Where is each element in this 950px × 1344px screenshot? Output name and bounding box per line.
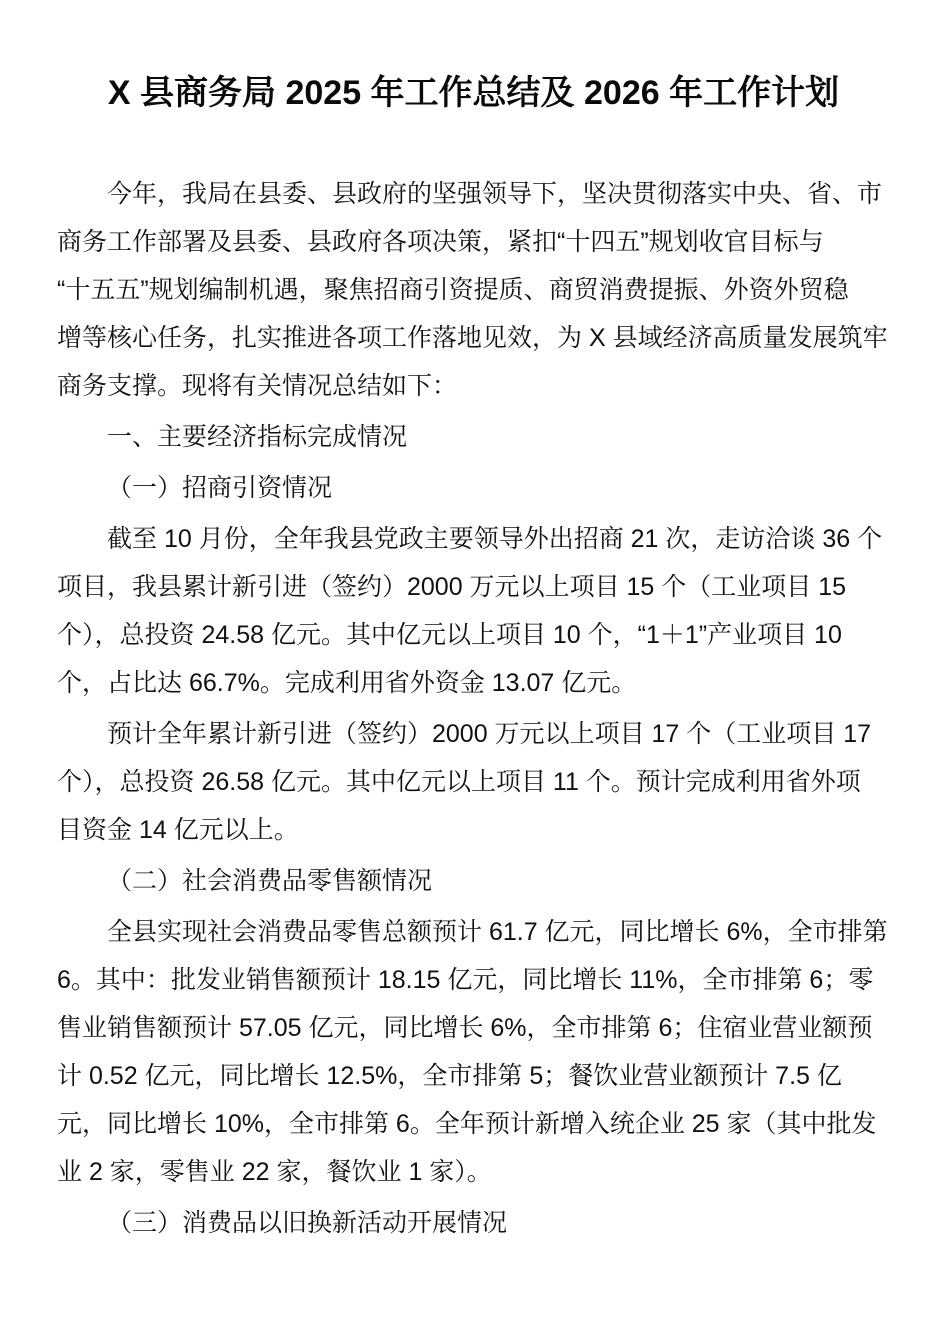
paragraph-line: 业 2 家，零售业 22 家，餐饮业 1 家）。 — [57, 1148, 890, 1196]
subheading-line: （一）招商引资情况 — [57, 464, 890, 512]
paragraph-line: 个），总投资 24.58 亿元。其中亿元以上项目 10 个，“1＋1”产业项目 … — [57, 611, 890, 659]
paragraph-line: 商务工作部署及县委、县政府各项决策，紧扣“十四五”规划收官目标与 — [57, 218, 890, 266]
paragraph-line: 元，同比增长 10%，全市排第 6。全年预计新增入统企业 25 家（其中批发 — [57, 1100, 890, 1148]
paragraph: 今年，我局在县委、县政府的坚强领导下，坚决贯彻落实中央、省、市商务工作部署及县委… — [57, 170, 890, 410]
document-title: X 县商务局 2025 年工作总结及 2026 年工作计划 — [57, 69, 890, 117]
paragraph-line: 计 0.52 亿元，同比增长 12.5%，全市排第 5；餐饮业营业额预计 7.5… — [57, 1052, 890, 1100]
paragraph-line: 项目，我县累计新引进（签约）2000 万元以上项目 15 个（工业项目 15 — [57, 563, 890, 611]
subheading-line: （二）社会消费品零售额情况 — [57, 857, 890, 905]
paragraph: 预计全年累计新引进（签约）2000 万元以上项目 17 个（工业项目 17个），… — [57, 710, 890, 854]
paragraph-line: 售业销售额预计 57.05 亿元，同比增长 6%，全市排第 6；住宿业营业额预 — [57, 1004, 890, 1052]
paragraph: 截至 10 月份，全年我县党政主要领导外出招商 21 次，走访洽谈 36 个项目… — [57, 515, 890, 707]
subheading: （二）社会消费品零售额情况 — [57, 857, 890, 905]
subheading-line: （三）消费品以旧换新活动开展情况 — [57, 1199, 890, 1247]
paragraph-line: “十五五”规划编制机遇，聚焦招商引资提质、商贸消费提振、外资外贸稳 — [57, 266, 890, 314]
paragraph-line: 6。其中：批发业销售额预计 18.15 亿元，同比增长 11%，全市排第 6；零 — [57, 956, 890, 1004]
paragraph-line: 个），总投资 26.58 亿元。其中亿元以上项目 11 个。预计完成利用省外项 — [57, 758, 890, 806]
paragraph-line: 商务支撑。现将有关情况总结如下： — [57, 362, 890, 410]
paragraph-line: 全县实现社会消费品零售总额预计 61.7 亿元，同比增长 6%，全市排第 — [57, 908, 890, 956]
heading-line: 一、主要经济指标完成情况 — [57, 413, 890, 461]
paragraph-line: 目资金 14 亿元以上。 — [57, 806, 890, 854]
subheading: （三）消费品以旧换新活动开展情况 — [57, 1199, 890, 1247]
paragraph-line: 预计全年累计新引进（签约）2000 万元以上项目 17 个（工业项目 17 — [57, 710, 890, 758]
subheading: （一）招商引资情况 — [57, 464, 890, 512]
paragraph-line: 截至 10 月份，全年我县党政主要领导外出招商 21 次，走访洽谈 36 个 — [57, 515, 890, 563]
document-body: 今年，我局在县委、县政府的坚强领导下，坚决贯彻落实中央、省、市商务工作部署及县委… — [57, 170, 890, 1247]
paragraph: 全县实现社会消费品零售总额预计 61.7 亿元，同比增长 6%，全市排第6。其中… — [57, 908, 890, 1196]
paragraph-line: 个，占比达 66.7%。完成利用省外资金 13.07 亿元。 — [57, 659, 890, 707]
paragraph-line: 增等核心任务，扎实推进各项工作落地见效，为 X 县域经济高质量发展筑牢 — [57, 314, 890, 362]
document-page: X 县商务局 2025 年工作总结及 2026 年工作计划 今年，我局在县委、县… — [0, 69, 950, 1247]
paragraph-line: 今年，我局在县委、县政府的坚强领导下，坚决贯彻落实中央、省、市 — [57, 170, 890, 218]
heading: 一、主要经济指标完成情况 — [57, 413, 890, 461]
